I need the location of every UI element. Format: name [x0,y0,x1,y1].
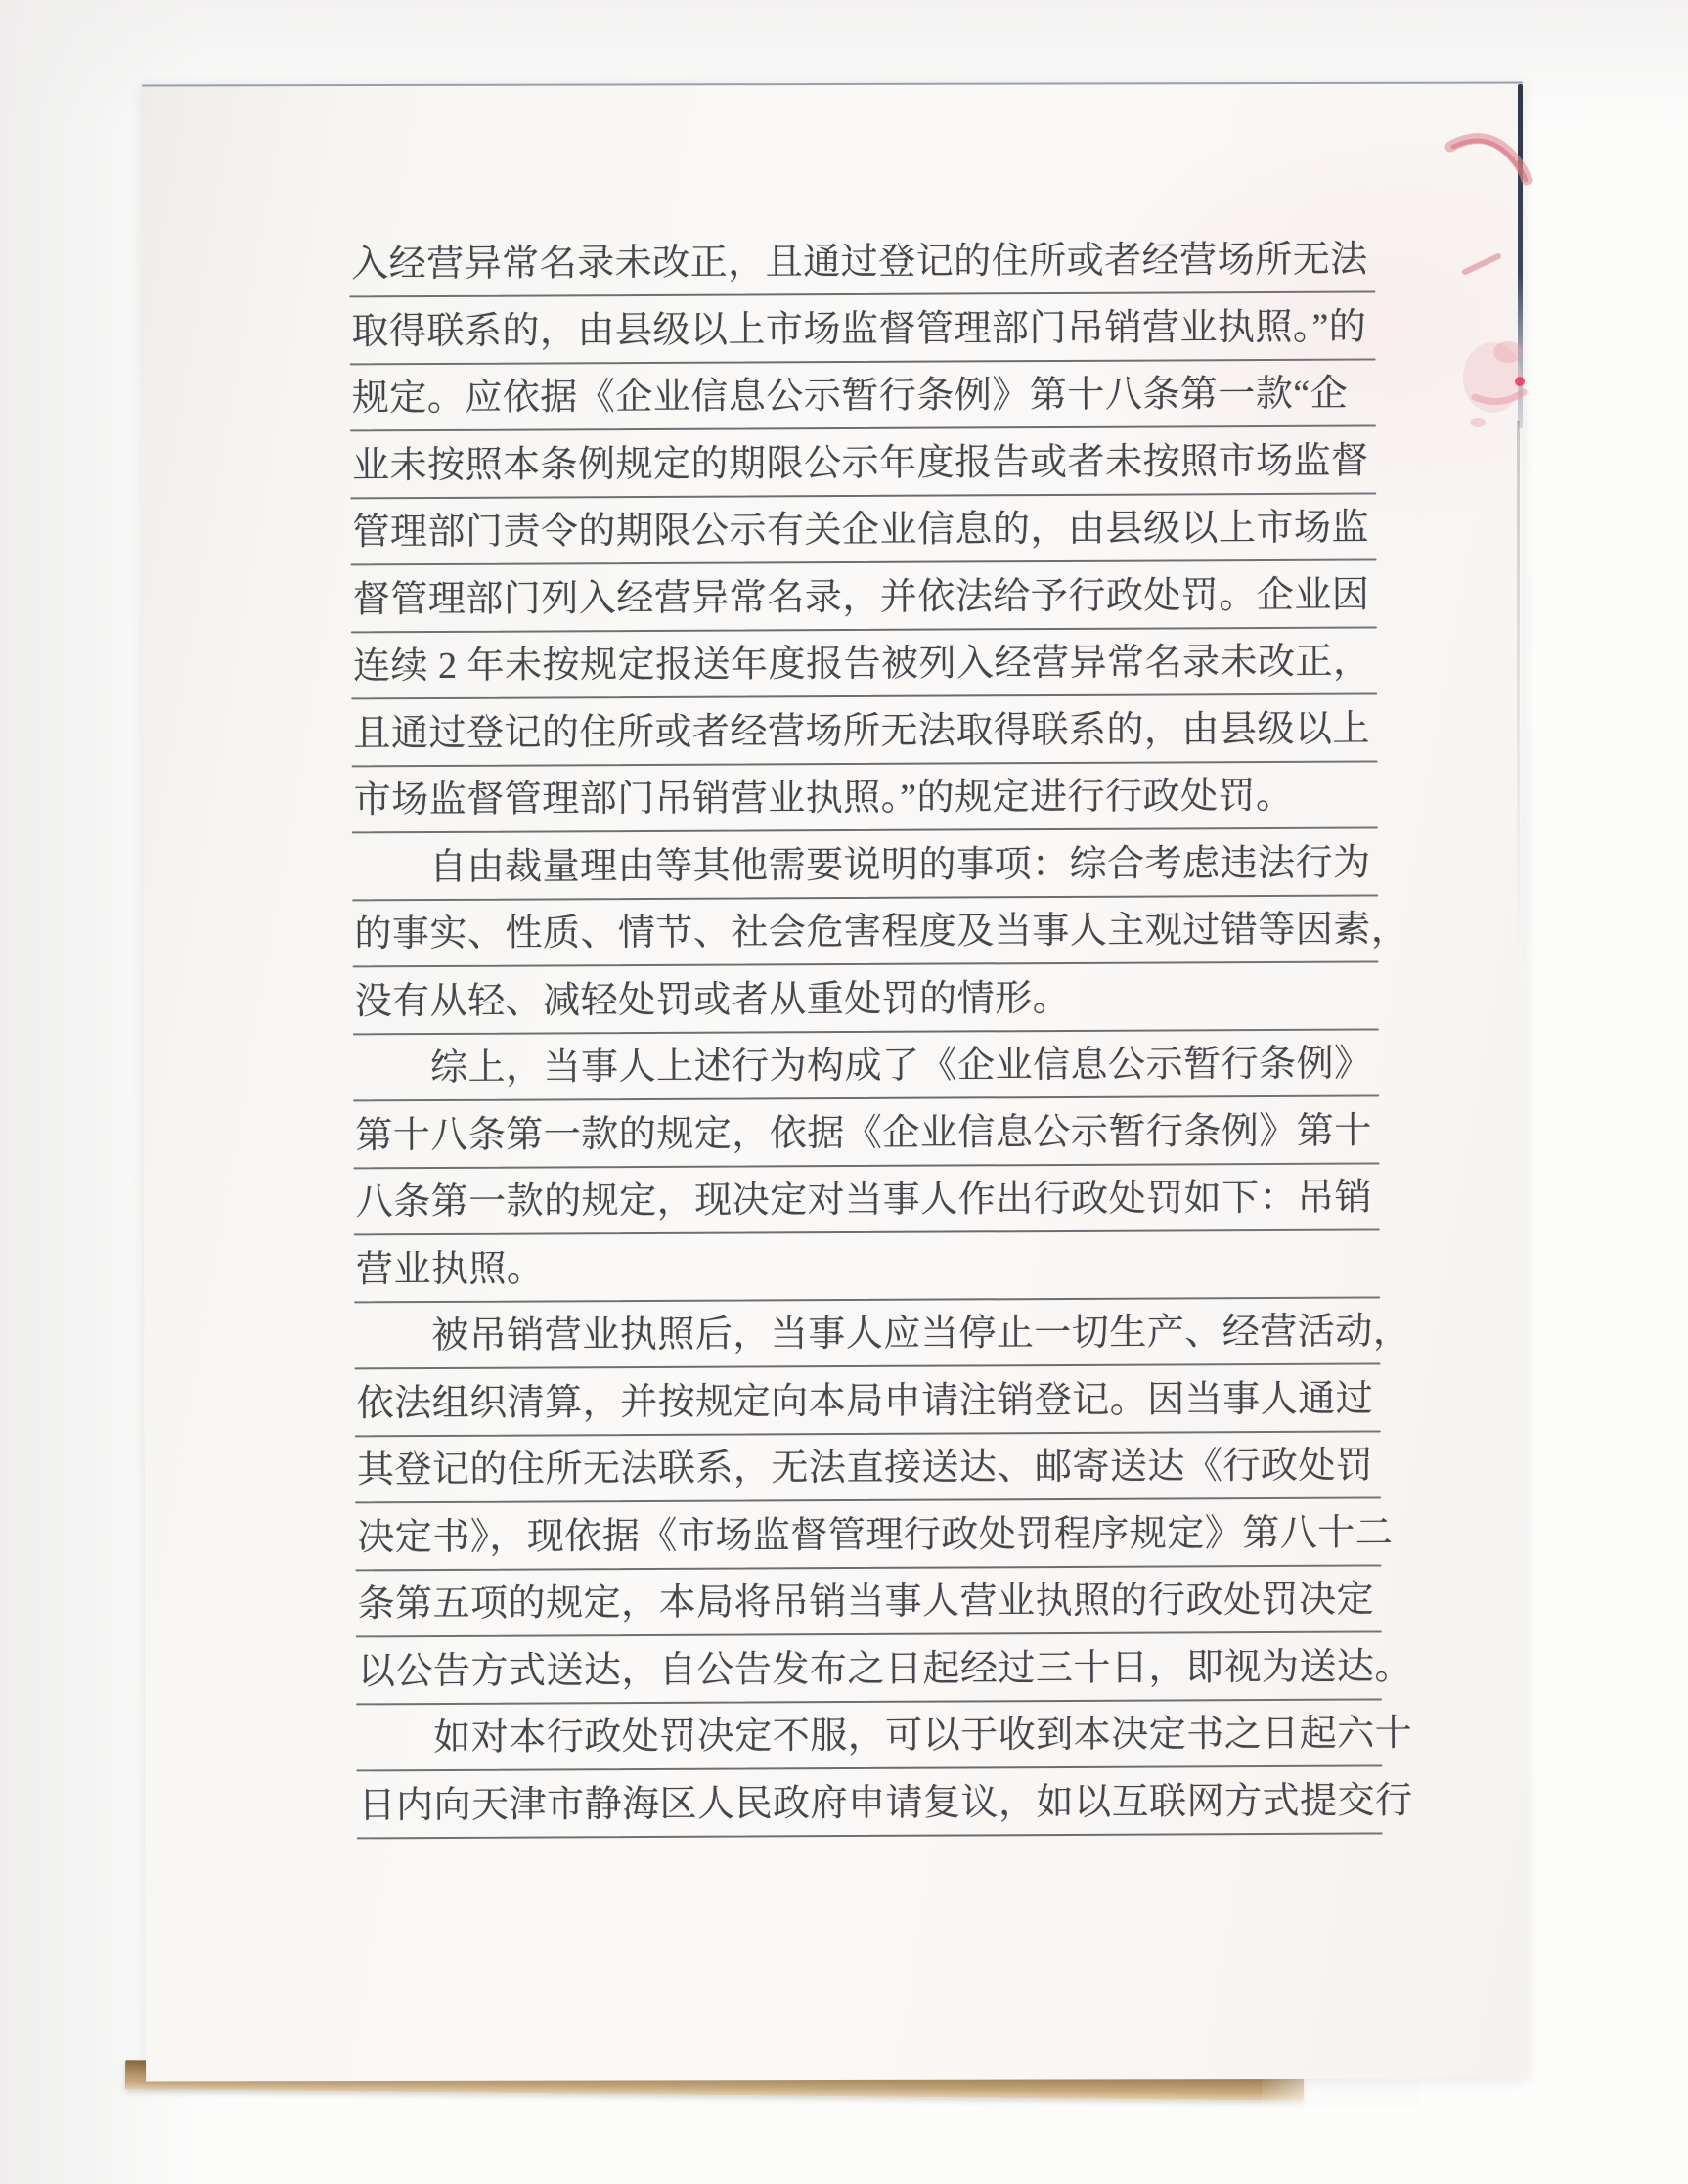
stamp-edge-dot [1515,377,1525,386]
text-line: 如对本行政处罚决定不服，可以于收到本决定书之日起六十 [358,1711,1378,1782]
stamp-blob [1493,341,1523,363]
stamp-dash-fragment [1465,256,1498,272]
text-line: 日内向天津市静海区人民政府申请复议，如以互联网方式提交行 [358,1778,1378,1850]
text-line: 被吊销营业执照后，当事人应当停止一切生产、经营活动， [356,1309,1376,1380]
text-line: 入经营异常名录未改正，且通过登记的住所或者经营场所无法 [351,237,1371,308]
text-line: 连续 2 年未按规定报送年度报告被列入经营异常名录未改正， [353,639,1373,710]
text-line: 决定书》，现依据《市场监督管理行政处罚程序规定》第八十二 [357,1510,1377,1582]
text-line: 且通过登记的住所或者经营场所无法取得联系的，由县级以上 [353,706,1373,778]
text-line: 规定。应依据《企业信息公示暂行条例》第十八条第一款“企 [352,371,1372,442]
text-line: 的事实、性质、情节、社会危害程度及当事人主观过错等因素， [354,907,1374,978]
text-line: 其登记的住所无法联系，无法直接送达、邮寄送达《行政处罚 [357,1443,1377,1514]
stamp-speck [1470,418,1486,427]
text-line: 依法组织清算，并按规定向本局申请注销登记。因当事人通过 [357,1376,1377,1448]
scanned-document-scene: 入经营异常名录未改正，且通过登记的住所或者经营场所无法 取得联系的，由县级以上市… [0,0,1688,2184]
text-line: 督管理部门列入经营异常名录，并依法给予行政处罚。企业因 [353,572,1373,644]
red-stamp-fragments [1350,59,1688,469]
document-text: 入经营异常名录未改正，且通过登记的住所或者经营场所无法 取得联系的，由县级以上市… [351,237,1379,1850]
page-edge-scan-line-faint [1517,421,1520,968]
text-line: 条第五项的规定，本局将吊销当事人营业执照的行政处罚决定 [358,1577,1378,1648]
text-line: 没有从轻、减轻处罚或者从重处罚的情形。 [355,974,1375,1046]
text-line: 业未按照本条例规定的期限公示年度报告或者未按照市场监督 [352,438,1372,510]
text-line: 自由裁量理由等其他需要说明的事项：综合考虑违法行为 [354,840,1374,912]
text-line: 综上，当事人上述行为构成了《企业信息公示暂行条例》 [355,1041,1375,1112]
stamp-arc-core [1453,141,1526,180]
text-line: 取得联系的，由县级以上市场监督管理部门吊销营业执照。”的 [351,304,1371,376]
text-line: 营业执照。 [356,1242,1376,1314]
text-line: 八条第一款的规定，现决定对当事人作出行政处罚如下：吊销 [356,1175,1376,1246]
text-line: 第十八条第一款的规定，依据《企业信息公示暂行条例》第十 [355,1108,1375,1180]
text-line: 市场监督管理部门吊销营业执照。”的规定进行行政处罚。 [354,773,1374,844]
document-page: 入经营异常名录未改正，且通过登记的住所或者经营场所无法 取得联系的，由县级以上市… [142,82,1527,2082]
text-line: 以公告方式送达，自公告发布之日起经过三十日，即视为送达。 [358,1644,1378,1716]
text-line: 管理部门责令的期限公示有关企业信息的，由县级以上市场监 [352,505,1372,576]
